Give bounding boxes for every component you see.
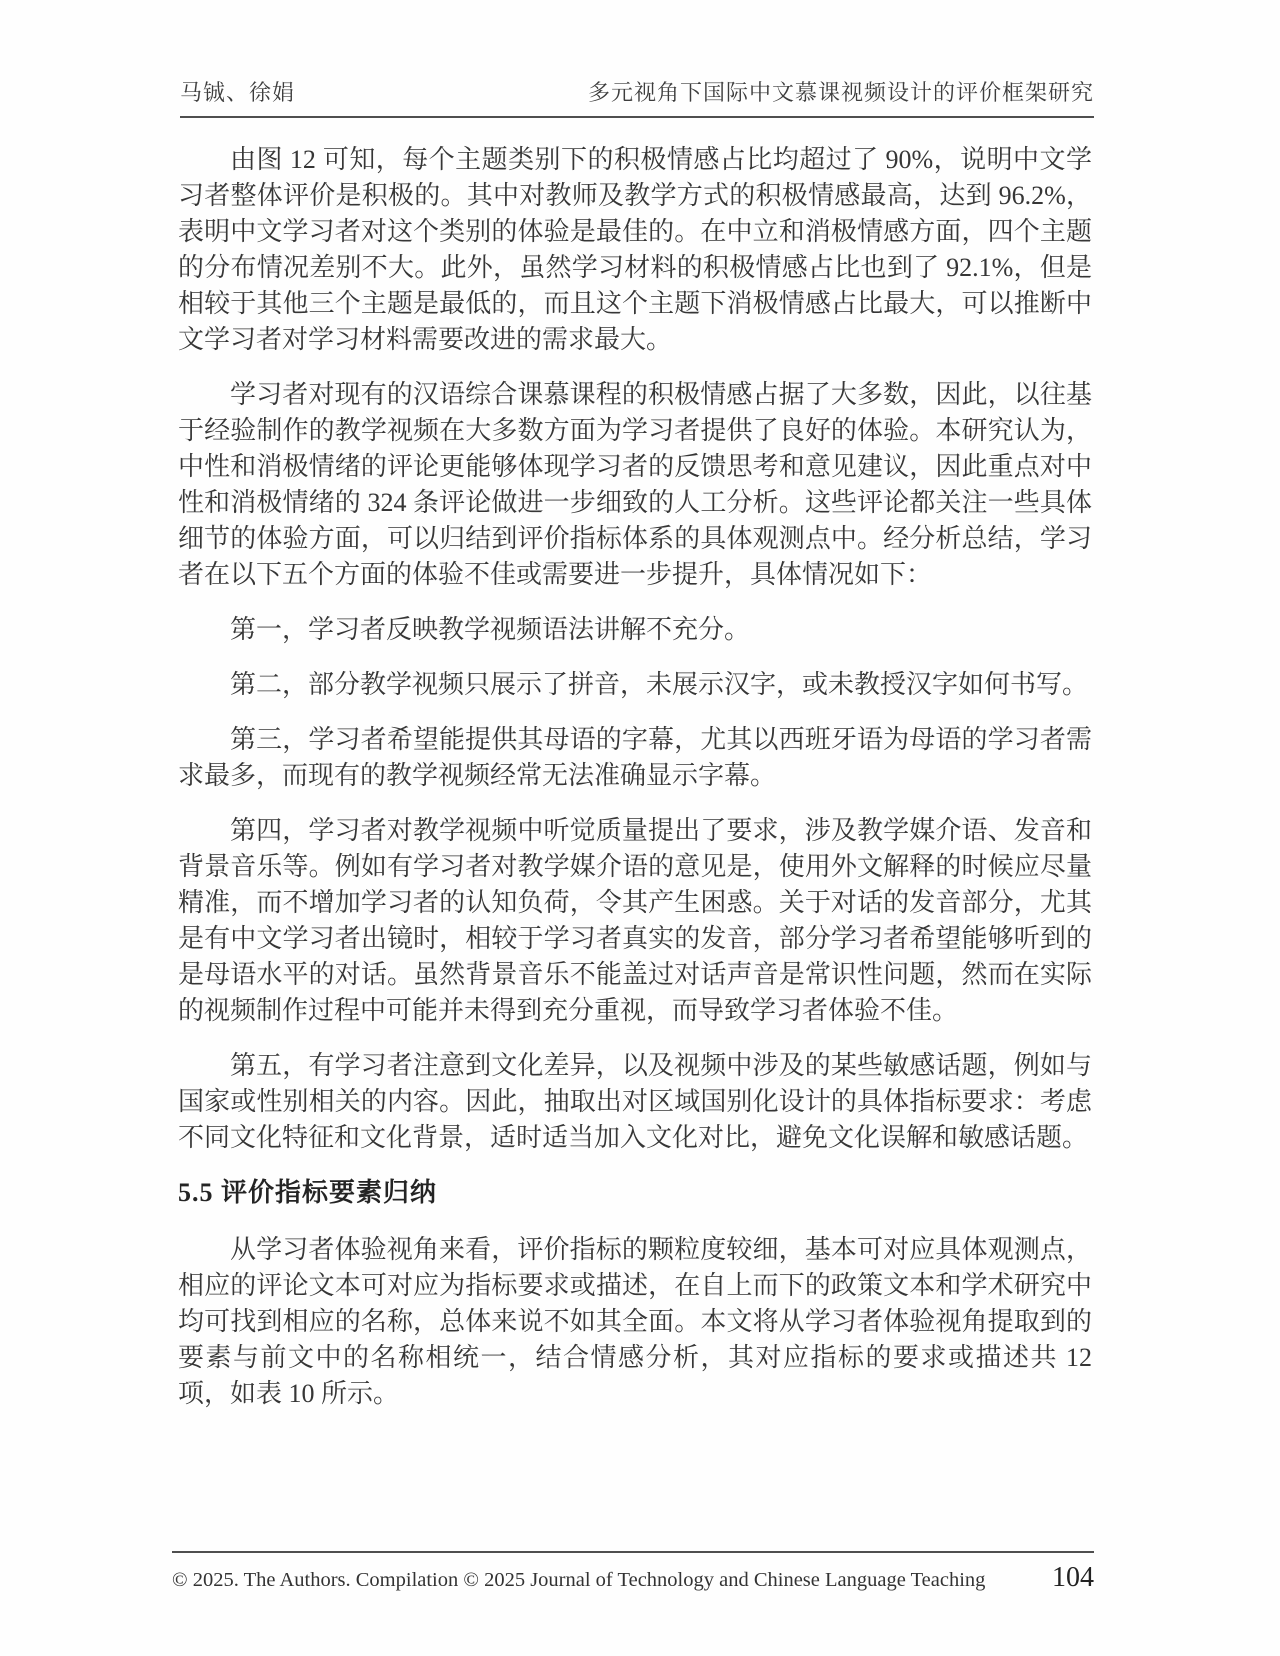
header-authors: 马铖、徐娟 (180, 76, 295, 107)
paragraph-point-3: 第三，学习者希望能提供其母语的字幕，尤其以西班牙语为母语的学习者需求最多，而现有… (178, 722, 1092, 794)
paragraph-point-5: 第五，有学习者注意到文化差异，以及视频中涉及的某些敏感话题，例如与国家或性别相关… (178, 1048, 1092, 1156)
page-number: 104 (1052, 1562, 1094, 1594)
page-footer: © 2025. The Authors. Compilation © 2025 … (172, 1551, 1094, 1594)
page-body: 由图 12 可知，每个主题类别下的积极情感占比均超过了 90%，说明中文学习者整… (178, 142, 1092, 1431)
section-heading-5-5: 5.5 评价指标要素归纳 (178, 1175, 1092, 1211)
document-page: 马铖、徐娟 多元视角下国际中文慕课视频设计的评价框架研究 由图 12 可知，每个… (0, 0, 1280, 1656)
paragraph-analysis-method: 学习者对现有的汉语综合课慕课程的积极情感占据了大多数，因此，以往基于经验制作的教… (178, 377, 1092, 593)
paragraph-sentiment-overview: 由图 12 可知，每个主题类别下的积极情感占比均超过了 90%，说明中文学习者整… (178, 142, 1092, 358)
paragraph-indicator-summary: 从学习者体验视角来看，评价指标的颗粒度较细，基本可对应具体观测点，相应的评论文本… (178, 1232, 1092, 1412)
page-header: 马铖、徐娟 多元视角下国际中文慕课视频设计的评价框架研究 (180, 76, 1094, 118)
paragraph-point-2: 第二，部分教学视频只展示了拼音，未展示汉字，或未教授汉字如何书写。 (178, 667, 1092, 703)
paragraph-point-4: 第四，学习者对教学视频中听觉质量提出了要求，涉及教学媒介语、发音和背景音乐等。例… (178, 813, 1092, 1029)
header-running-title: 多元视角下国际中文慕课视频设计的评价框架研究 (588, 76, 1094, 107)
paragraph-point-1: 第一，学习者反映教学视频语法讲解不充分。 (178, 612, 1092, 648)
footer-copyright: © 2025. The Authors. Compilation © 2025 … (172, 1569, 985, 1592)
